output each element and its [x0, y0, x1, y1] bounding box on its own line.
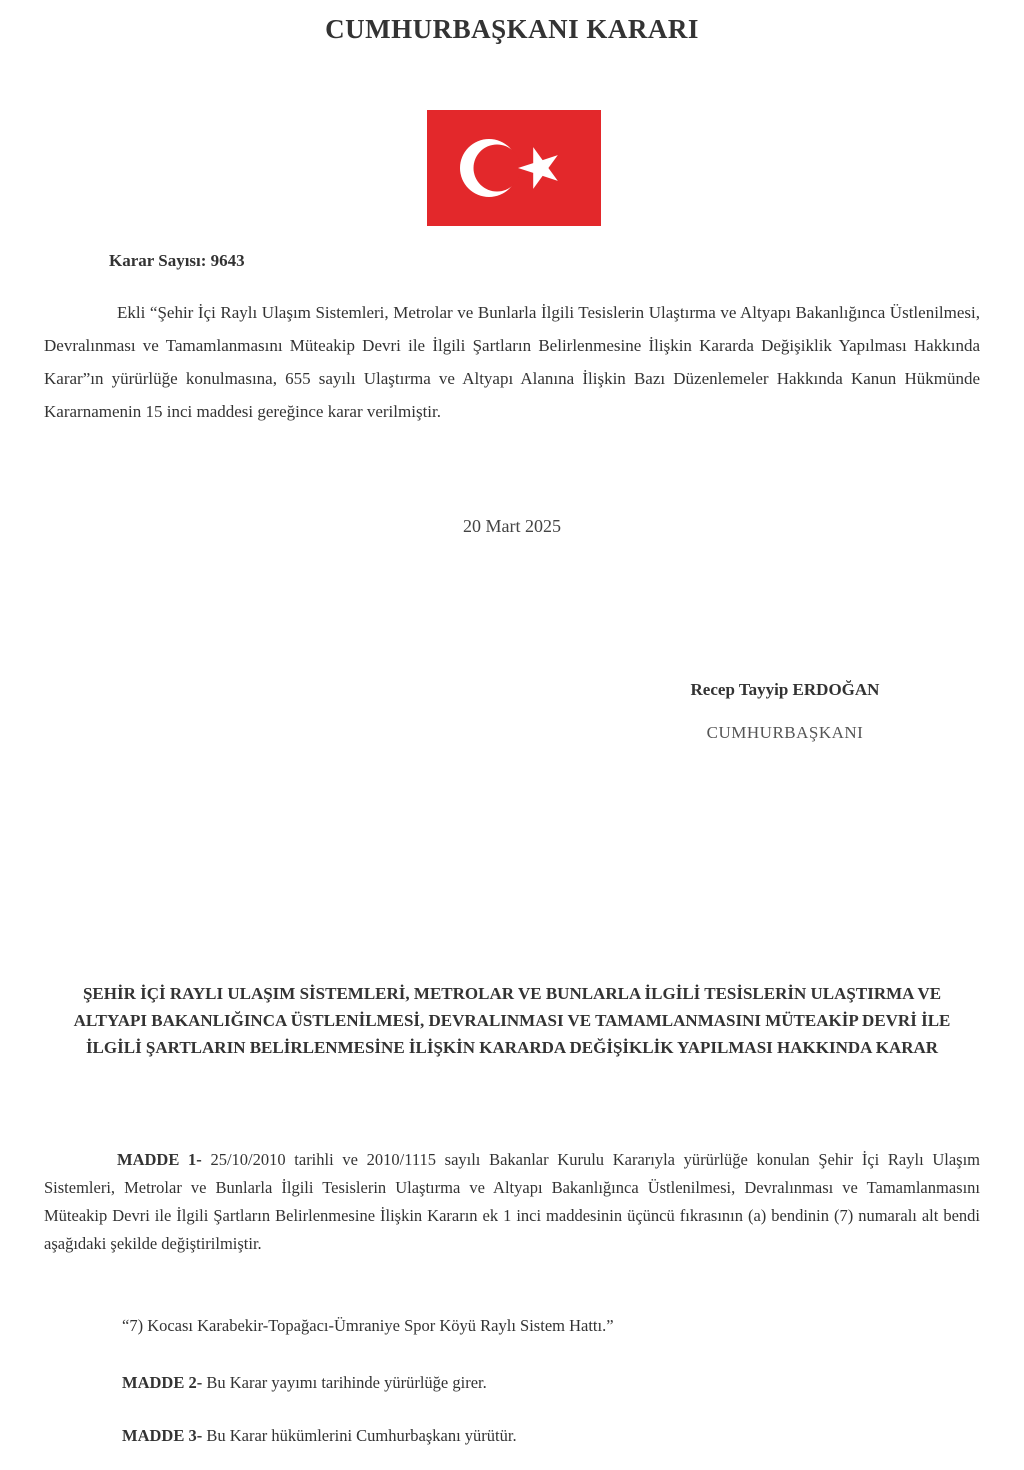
article-1-quote: “7) Kocası Karabekir-Topağacı-Ümraniye S… [122, 1316, 614, 1336]
signer-name: Recep Tayyip ERDOĞAN [610, 680, 960, 700]
signer-title: CUMHURBAŞKANI [610, 723, 960, 743]
article-2: MADDE 2- Bu Karar yayımı tarihinde yürür… [122, 1373, 487, 1393]
article-2-label: MADDE 2- [122, 1373, 202, 1392]
article-3-label: MADDE 3- [122, 1426, 202, 1445]
decision-number: Karar Sayısı: 9643 [109, 251, 245, 271]
intro-text: Ekli “Şehir İçi Raylı Ulaşım Sistemleri,… [44, 303, 980, 421]
intro-paragraph: Ekli “Şehir İçi Raylı Ulaşım Sistemleri,… [44, 296, 980, 428]
article-2-text: Bu Karar yayımı tarihinde yürürlüğe gire… [206, 1373, 486, 1392]
article-3: MADDE 3- Bu Karar hükümlerini Cumhurbaşk… [122, 1426, 517, 1446]
annex-heading: ŞEHİR İÇİ RAYLI ULAŞIM SİSTEMLERİ, METRO… [60, 980, 964, 1061]
article-1: MADDE 1- 25/10/2010 tarihli ve 2010/1115… [44, 1146, 980, 1258]
article-1-label: MADDE 1- [117, 1150, 202, 1169]
decision-date: 20 Mart 2025 [0, 516, 1024, 537]
turkish-flag-icon [427, 110, 601, 226]
article-3-text: Bu Karar hükümlerini Cumhurbaşkanı yürüt… [206, 1426, 516, 1445]
document-title: CUMHURBAŞKANI KARARI [0, 14, 1024, 45]
